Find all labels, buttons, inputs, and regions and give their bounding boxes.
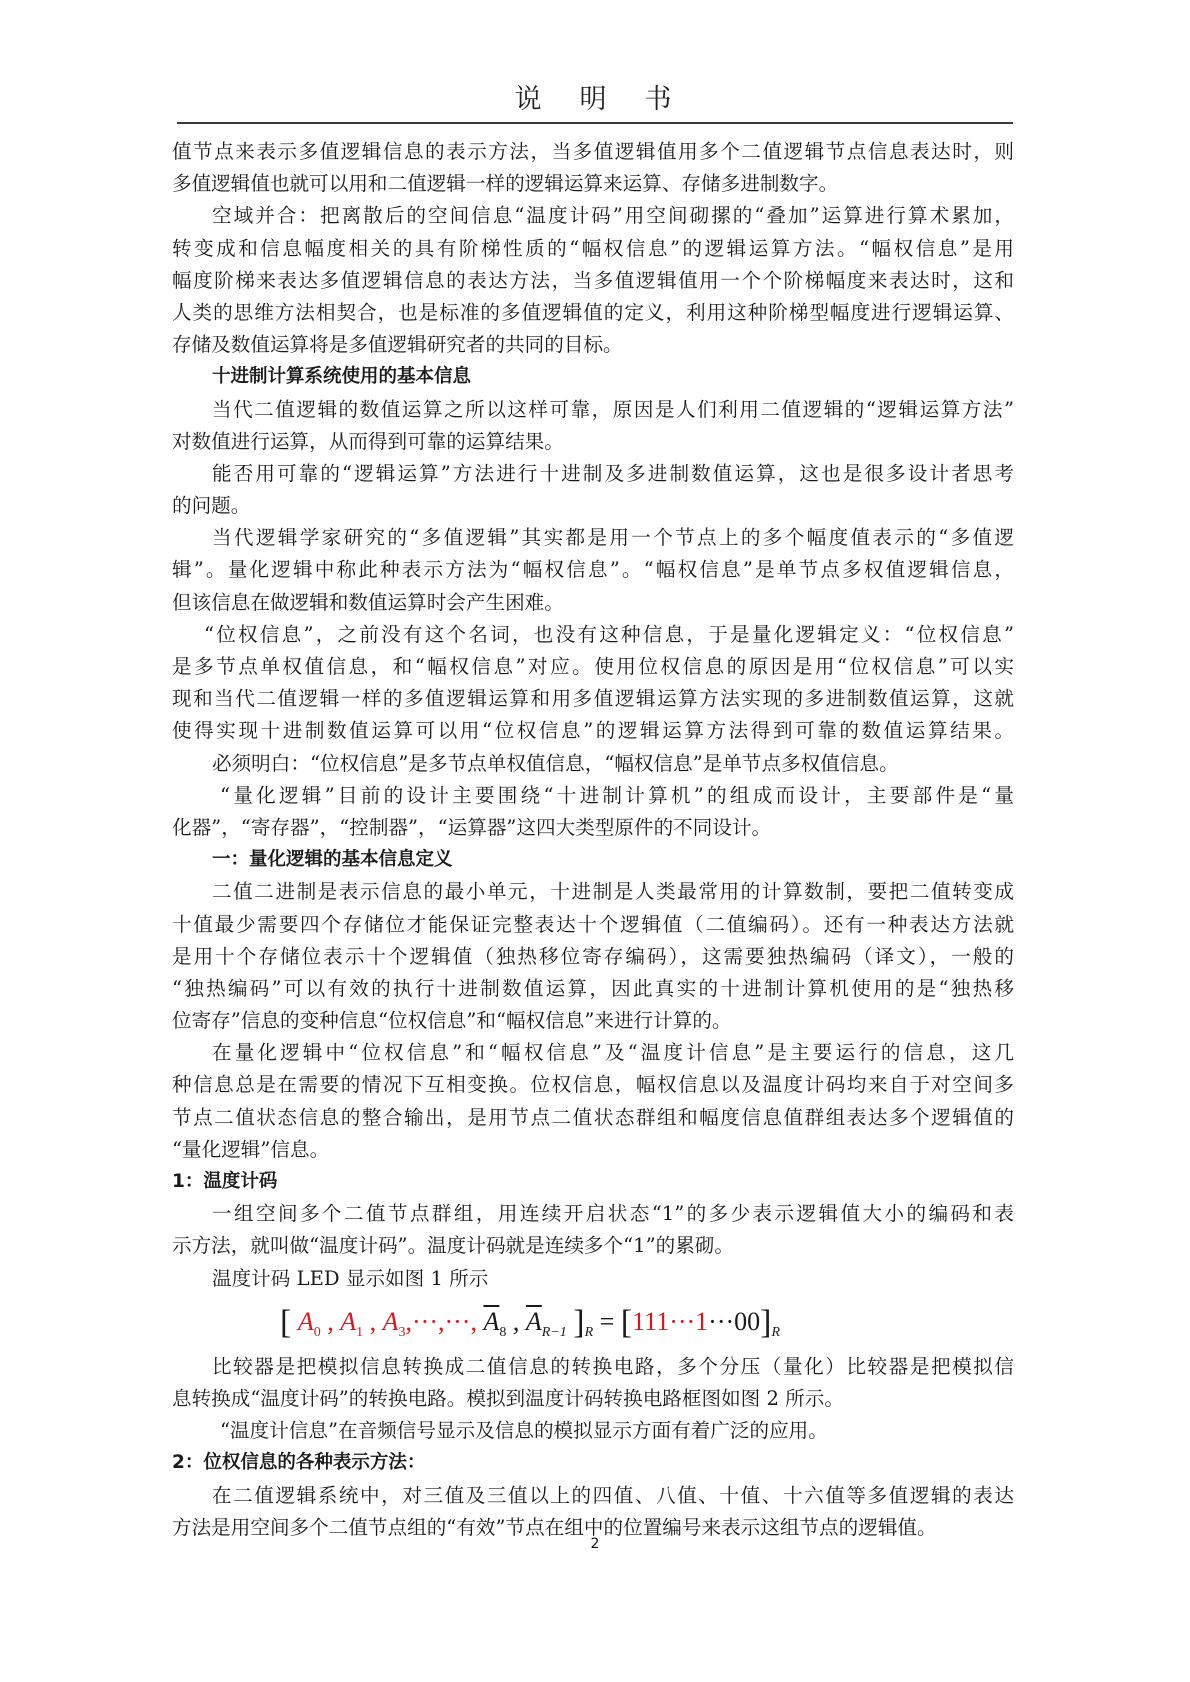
text-line: 空域并合：把离散后的空间信息“温度计码”用空间砌摞的“叠加”运算进行算术累加，: [172, 200, 1014, 232]
text-line: “位权信息”，之前没有这个名词，也没有这种信息，于是量化逻辑定义：“位权信息”: [172, 619, 1014, 651]
text-line: 现和当代二值逻辑一样的多值逻辑运算和用多值逻辑运算方法实现的多进制数值运算，这就: [172, 683, 1014, 715]
section-heading: 2：位权信息的各种表示方法：: [172, 1447, 1014, 1479]
text-line: 对数值进行运算，从而得到可靠的运算结果。: [172, 426, 1014, 458]
text-line: 存储及数值运算将是多值逻辑研究者的共同的目标。: [172, 329, 1014, 361]
text-line: 化器”，“寄存器”，“控制器”，“运算器”这四大类型原件的不同设计。: [172, 812, 1014, 844]
text-line: 是多节点单权值信息，和“幅权信息”对应。使用位权信息的原因是用“位权信息”可以实: [172, 651, 1014, 683]
page-title: 说明书: [172, 82, 1014, 118]
formula-equals: =: [600, 1307, 615, 1336]
document-page: 说明书 值节点来表示多值逻辑信息的表示方法，当多值逻辑值用多个二值逻辑节点信息表…: [0, 0, 1190, 1682]
text-line: 节点二值状态信息的整合输出，是用节点二值状态群组和幅度信息值群组表达多个逻辑值的: [172, 1102, 1014, 1134]
text-line: 温度计码 LED 显示如图 1 所示: [172, 1263, 1014, 1295]
text-line: 必须明白：“位权信息”是多节点单权值信息，“幅权信息”是单节点多权值信息。: [172, 748, 1014, 780]
text-line: 在二值逻辑系统中，对三值及三值以上的四值、八值、十值、十六值等多值逻辑的表达: [172, 1480, 1014, 1512]
text-line: 当代逻辑学家研究的“多值逻辑”其实都是用一个节点上的多个幅度值表示的“多值逻: [172, 522, 1014, 554]
formula-black-terms: A8 , AR−1: [483, 1307, 573, 1336]
text-line: 示方法，就叫做“温度计码”。温度计码就是连续多个“1”的累砌。: [172, 1230, 1014, 1262]
formula-red-terms: A0 , A1 , A3,···,···,: [298, 1307, 484, 1336]
section-heading: 十进制计算系统使用的基本信息: [172, 361, 1014, 393]
text-line: 比较器是把模拟信息转换成二值信息的转换电路，多个分压（量化）比较器是把模拟信: [172, 1351, 1014, 1383]
text-line: 的问题。: [172, 490, 1014, 522]
formula-rhs-open-bracket: [: [621, 1304, 632, 1341]
text-line: 是用十个存储位表示十个逻辑值（独热移位寄存编码），这需要独热编码（译文），一般的: [172, 941, 1014, 973]
text-line: 使得实现十进制数值运算可以用“位权信息”的逻辑运算方法得到可靠的数值运算结果。: [172, 715, 1014, 747]
text-line: “量化逻辑”目前的设计主要围绕“十进制计算机”的组成而设计，主要部件是“量: [172, 780, 1014, 812]
formula-rhs-close-bracket: ]: [760, 1304, 771, 1341]
text-line: 能否用可靠的“逻辑运算”方法进行十进制及多进制数值运算，这也是很多设计者思考: [172, 458, 1014, 490]
text-line: 二值二进制是表示信息的最小单元，十进制是人类最常用的计算数制，要把二值转变成: [172, 876, 1014, 908]
text-line: “独热编码”可以有效的执行十进制数值运算，因此真实的十进制计算机使用的是“独热移: [172, 973, 1014, 1005]
text-line: 辑”。量化逻辑中称此种表示方法为“幅权信息”。“幅权信息”是单节点多权值逻辑信息…: [172, 554, 1014, 586]
text-line: “温度计信息”在音频信号显示及信息的模拟显示方面有着广泛的应用。: [172, 1415, 1014, 1447]
text-line: 值节点来表示多值逻辑信息的表示方法，当多值逻辑值用多个二值逻辑节点信息表达时，则: [172, 136, 1014, 168]
formula-open-bracket: [: [280, 1304, 291, 1341]
text-line: 息转换成“温度计码”的转换电路。模拟到温度计码转换电路框图如图 2 所示。: [172, 1383, 1014, 1415]
text-line: 当代二值逻辑的数值运算之所以这样可靠，原因是人们利用二值逻辑的“逻辑运算方法”: [172, 394, 1014, 426]
formula-close-bracket: ]: [573, 1304, 584, 1341]
text-line: 十值最少需要四个存储位才能保证完整表达十个逻辑值（二值编码）。还有一种表达方法就: [172, 909, 1014, 941]
text-line: 转变成和信息幅度相关的具有阶梯性质的“幅权信息”的逻辑运算方法。“幅权信息”是用: [172, 233, 1014, 265]
text-line: 一组空间多个二值节点群组，用连续开启状态“1”的多少表示逻辑值大小的编码和表: [172, 1198, 1014, 1230]
text-line: 多值逻辑值也就可以用和二值逻辑一样的逻辑运算来运算、存储多进制数字。: [172, 168, 1014, 200]
text-line: 位寄存”信息的变种信息“位权信息”和“幅权信息”来进行计算的。: [172, 1005, 1014, 1037]
text-line: 幅度阶梯来表达多值逻辑信息的表达方法，当多值逻辑值用一个个阶梯幅度来表达时，这和: [172, 265, 1014, 297]
text-line: “量化逻辑”信息。: [172, 1134, 1014, 1166]
page-number: 2: [585, 1536, 605, 1552]
section-heading: 1：温度计码: [172, 1166, 1014, 1198]
text-line: 但该信息在做逻辑和数值运算时会产生困难。: [172, 587, 1014, 619]
formula-rhs-black: ···00: [708, 1307, 760, 1336]
formula-rhs-red: 111···1: [632, 1307, 708, 1336]
document-body: 值节点来表示多值逻辑信息的表示方法，当多值逻辑值用多个二值逻辑节点信息表达时，则…: [172, 136, 1014, 1544]
header-divider: [177, 122, 1013, 124]
thermometer-code-formula: [ A0 , A1 , A3,···,···, A8 , AR−1 ]R = […: [172, 1299, 1014, 1345]
text-line: 人类的思维方法相契合，也是标准的多值逻辑值的定义，利用这种阶梯型幅度进行逻辑运算…: [172, 297, 1014, 329]
section-heading: 一：量化逻辑的基本信息定义: [172, 844, 1014, 876]
text-line: 种信息总是在需要的情况下互相变换。位权信息，幅权信息以及温度计码均来自于对空间多: [172, 1069, 1014, 1101]
text-line: 在量化逻辑中“位权信息”和“幅权信息”及“温度计信息”是主要运行的信息，这几: [172, 1037, 1014, 1069]
